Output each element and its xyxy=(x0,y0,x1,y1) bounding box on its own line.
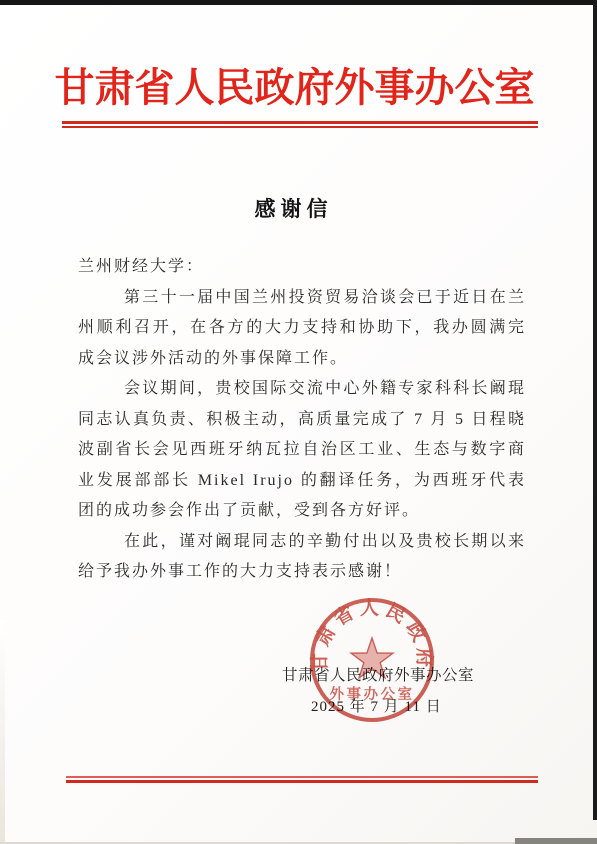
paragraph-1: 第三十一届中国兰州投资贸易洽谈会已于近日在兰州顺利召开，在各方的大力支持和协助下… xyxy=(78,283,526,375)
scan-corner-bottom-right xyxy=(515,838,597,844)
scan-edge-right xyxy=(593,0,597,820)
letterhead-divider xyxy=(62,121,538,128)
paragraph-2: 会议期间，贵校国际交流中心外籍专家科科长阚琨同志认真负责、积极主动，高质量完成了… xyxy=(78,374,526,527)
paragraph-3: 在此，谨对阚琨同志的辛勤付出以及贵校长期以来给予我办外事工作的大力支持表示感谢！ xyxy=(78,527,526,588)
letterhead-title: 甘肃省人民政府外事办公室 xyxy=(0,56,589,113)
seal-bottom-text: 外事办公室 xyxy=(330,685,415,703)
scan-edge-top xyxy=(0,0,597,5)
salutation: 兰州财经大学： xyxy=(78,252,526,283)
scanned-letter-page: 甘肃省人民政府外事办公室 感谢信 兰州财经大学： 第三十一届中国兰州投资贸易洽谈… xyxy=(0,0,597,844)
official-seal: 甘肃省人民政府 外事办公室 xyxy=(306,594,438,726)
scan-edge-left xyxy=(0,620,5,844)
letter-body: 兰州财经大学： 第三十一届中国兰州投资贸易洽谈会已于近日在兰州顺利召开，在各方的… xyxy=(78,252,526,588)
letter-title: 感谢信 xyxy=(0,193,587,223)
star-icon xyxy=(351,638,393,678)
footer-divider xyxy=(66,776,538,783)
divider-thin-line xyxy=(62,126,538,128)
footer-thin-line xyxy=(66,776,538,778)
footer-thick-line xyxy=(66,780,538,783)
